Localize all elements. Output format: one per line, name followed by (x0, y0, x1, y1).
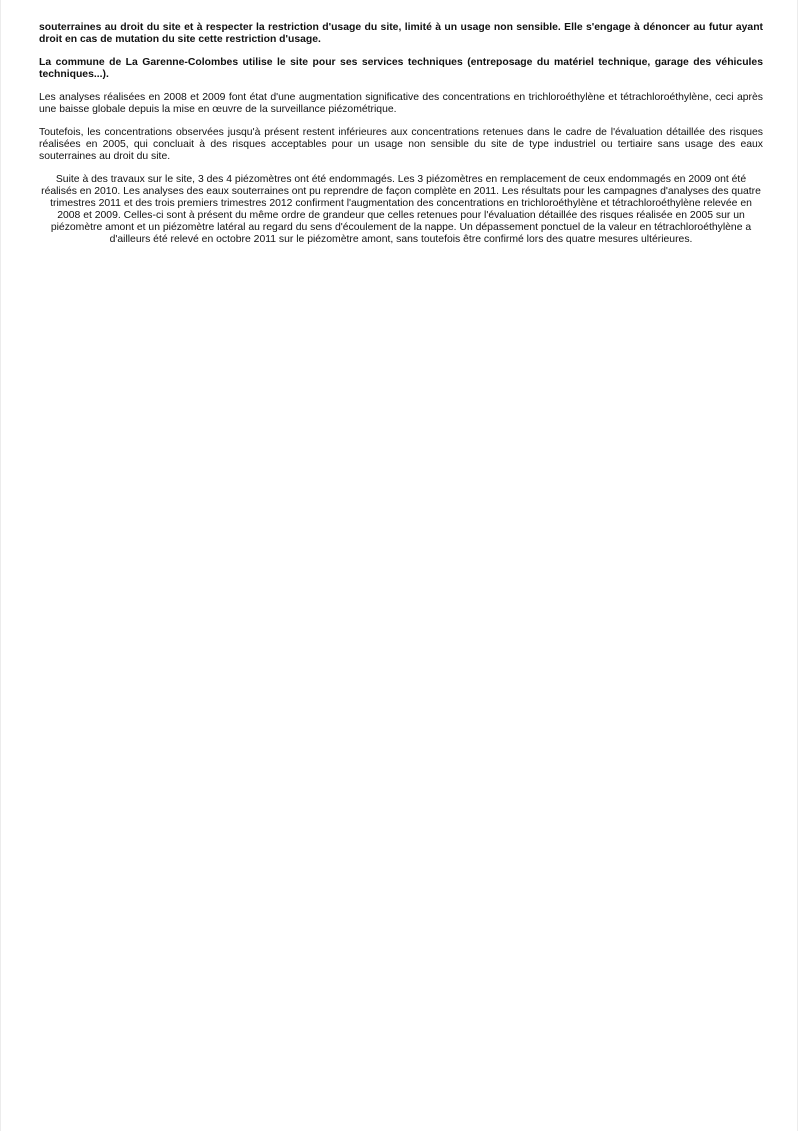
page-edge-left (0, 0, 1, 1131)
paragraph-analyses-2008-2009: Les analyses réalisées en 2008 et 2009 f… (39, 92, 763, 116)
page-edge-right (797, 0, 798, 1131)
paragraph-restriction-usage: souterraines au droit du site et à respe… (39, 22, 763, 46)
document-body: souterraines au droit du site et à respe… (39, 22, 763, 258)
paragraph-travaux-piezometres: Suite à des travaux sur le site, 3 des 4… (39, 174, 763, 246)
paragraph-commune-usage: La commune de La Garenne-Colombes utilis… (39, 57, 763, 81)
paragraph-concentrations-inferieures: Toutefois, les concentrations observées … (39, 127, 763, 163)
